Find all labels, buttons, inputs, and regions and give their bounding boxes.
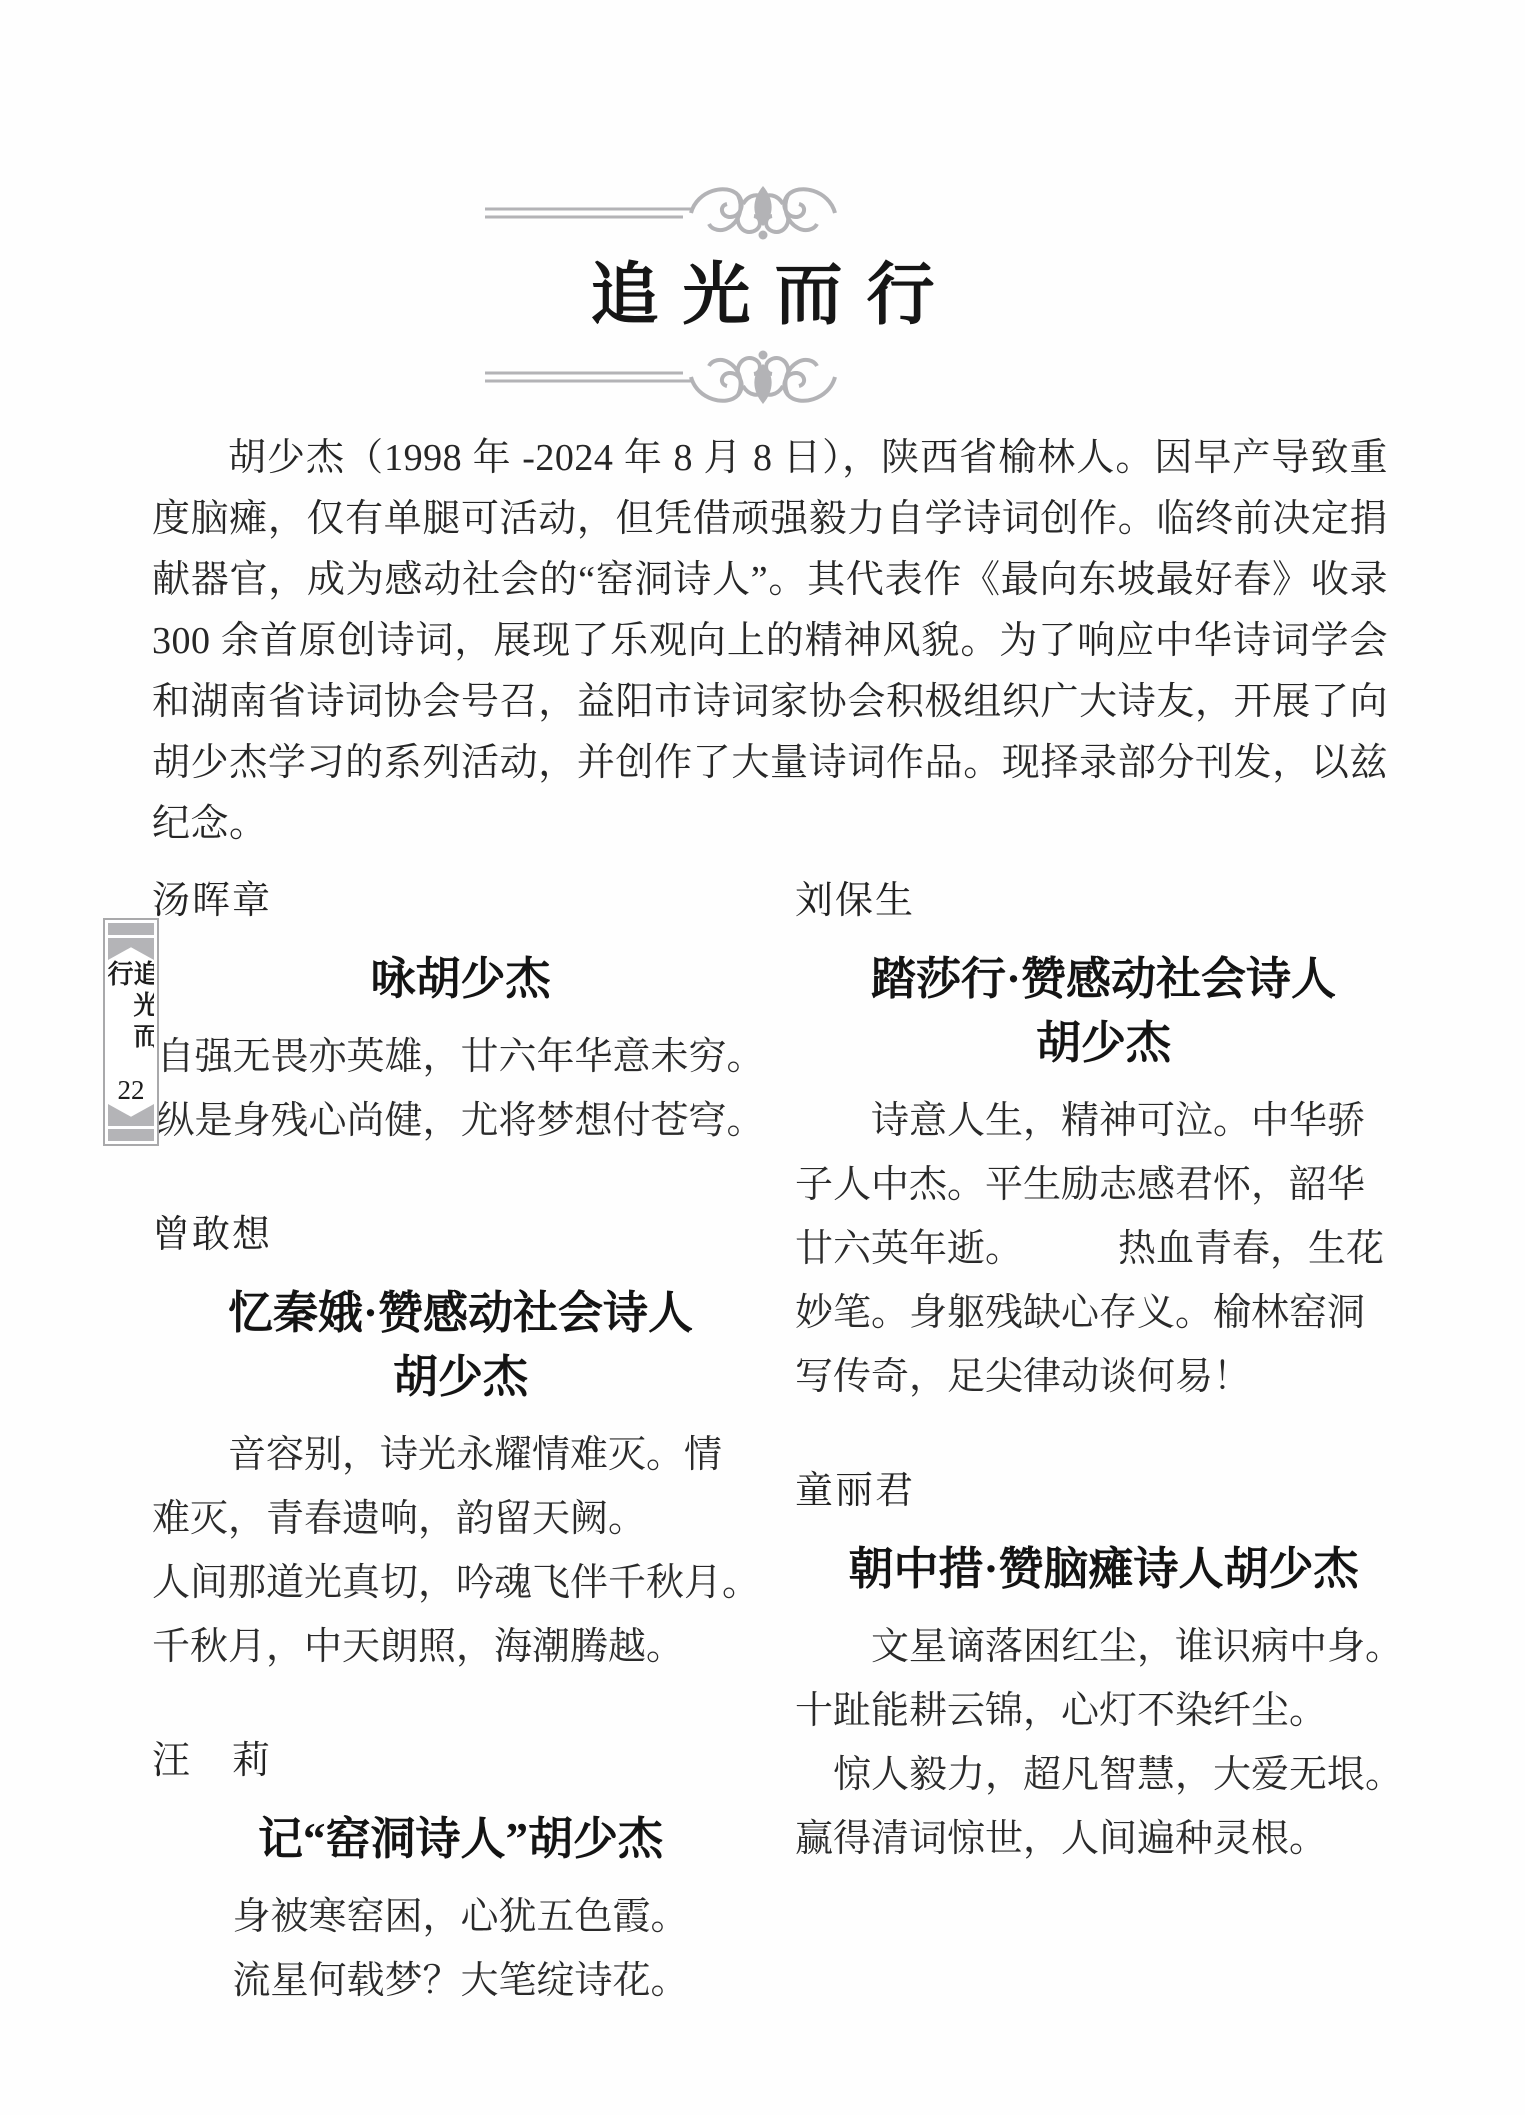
text-line: 人间那道光真切，吟魂飞伴千秋月。 (152, 1551, 769, 1615)
text-line: 流星何载梦？大笔绽诗花。 (152, 1949, 769, 2013)
text-line: 诗意人生，精神可泣。中华骄 (795, 1089, 1412, 1153)
poem-title: 记“窑洞诗人”胡少杰 (152, 1807, 769, 1871)
poem-author: 曾敢想 (152, 1211, 769, 1259)
text-line: 纵是身残心尚健，尤将梦想付苍穹。 (152, 1089, 769, 1153)
right-column: 刘保生 踏莎行·赞感动社会诗人胡少杰 诗意人生，精神可泣。中华骄子人中杰。平生励… (795, 877, 1412, 2071)
text-line: 赢得清词惊世，人间遍种灵根。 (795, 1807, 1412, 1871)
poem-author: 汪 莉 (152, 1737, 769, 1785)
ornament-bud (754, 186, 771, 226)
text-line: 音容别，诗光永耀情难灭。情 (152, 1423, 769, 1487)
text-line: 踏莎行·赞感动社会诗人 (795, 947, 1412, 1011)
poems-columns: 汤晖章 咏胡少杰 自强无畏亦英雄，廿六年华意未穷。纵是身残心尚健，尤将梦想付苍穹… (152, 877, 1412, 2071)
text-line: 咏胡少杰 (152, 947, 769, 1011)
tab-vertical-title: 追光而行 (108, 960, 154, 1072)
text-line: 子人中杰。平生励志感君怀，韶华 (795, 1153, 1412, 1217)
page-title: 追光而行 (0, 252, 1525, 338)
text-line: 记“窑洞诗人”胡少杰 (152, 1807, 769, 1871)
poem-title: 咏胡少杰 (152, 947, 769, 1011)
margin-tab: 追光而行 22 (103, 918, 159, 1146)
text-line: 写传奇，足尖律动谈何易！ (795, 1345, 1412, 1409)
left-column: 汤晖章 咏胡少杰 自强无畏亦英雄，廿六年华意未穷。纵是身残心尚健，尤将梦想付苍穹… (152, 877, 769, 2071)
poem-block-yiqine: 曾敢想 忆秦娥·赞感动社会诗人胡少杰 音容别，诗光永耀情难灭。情难灭，青春遗响，… (152, 1211, 769, 1679)
book-page: 追光而行 胡少杰（1998 年 -2024 年 8 月 8 日），陕西省榆林人。… (0, 0, 1525, 2115)
poem-title: 忆秦娥·赞感动社会诗人胡少杰 (152, 1281, 769, 1409)
poem-block-yong-hushaojie: 汤晖章 咏胡少杰 自强无畏亦英雄，廿六年华意未穷。纵是身残心尚健，尤将梦想付苍穹… (152, 877, 769, 1153)
flourish-ornament-bottom (481, 342, 1045, 412)
text-line: 朝中措·赞脑瘫诗人胡少杰 (795, 1537, 1412, 1601)
text-line: 自强无畏亦英雄，廿六年华意未穷。 (152, 1025, 769, 1089)
flourish-ornament-top (481, 178, 1045, 248)
intro-paragraph: 胡少杰（1998 年 -2024 年 8 月 8 日），陕西省榆林人。因早产导致… (152, 428, 1388, 855)
poem-author: 汤晖章 (152, 877, 769, 925)
text-line: 身被寒窑困，心犹五色霞。 (152, 1885, 769, 1949)
poem-block-chaozhongcuo: 童丽君 朝中措·赞脑瘫诗人胡少杰 文星谪落困红尘，谁识病中身。十趾能耕云锦，心灯… (795, 1467, 1412, 1871)
text-line: 千秋月，中天朗照，海潮腾越。 (152, 1615, 769, 1679)
text-line: 廿六英年逝。 热血青春，生花 (795, 1217, 1412, 1281)
tab-ribbon-bottom (108, 1104, 154, 1126)
poem-block-tashaxing: 刘保生 踏莎行·赞感动社会诗人胡少杰 诗意人生，精神可泣。中华骄子人中杰。平生励… (795, 877, 1412, 1409)
tab-bar-top (108, 923, 154, 935)
tab-middle: 追光而行 22 (108, 960, 154, 1104)
tab-page-number: 22 (118, 1077, 145, 1104)
text-line: 难灭，青春遗响，韵留天阙。 (152, 1487, 769, 1551)
ornament-dot (758, 231, 767, 240)
text-line: 忆秦娥·赞感动社会诗人 (152, 1281, 769, 1345)
poem-author: 童丽君 (795, 1467, 1412, 1515)
text-line: 胡少杰 (152, 1345, 769, 1409)
tab-ribbon-top (108, 938, 154, 960)
poem-author: 刘保生 (795, 877, 1412, 925)
tab-bar-bottom (108, 1129, 154, 1141)
text-line: 胡少杰 (795, 1011, 1412, 1075)
text-line: 妙笔。身躯残缺心存义。榆林窑洞 (795, 1281, 1412, 1345)
text-line: 惊人毅力，超凡智慧，大爱无垠。 (795, 1743, 1412, 1807)
poem-block-ji-yaodong-shiren: 汪 莉 记“窑洞诗人”胡少杰 身被寒窑困，心犹五色霞。流星何载梦？大笔绽诗花。 (152, 1737, 769, 2013)
poem-body: 身被寒窑困，心犹五色霞。流星何载梦？大笔绽诗花。 (152, 1885, 769, 2013)
poem-title: 朝中措·赞脑瘫诗人胡少杰 (795, 1537, 1412, 1601)
poem-body: 诗意人生，精神可泣。中华骄子人中杰。平生励志感君怀，韶华廿六英年逝。 热血青春，… (795, 1089, 1412, 1409)
poem-body: 文星谪落困红尘，谁识病中身。十趾能耕云锦，心灯不染纤尘。 惊人毅力，超凡智慧，大… (795, 1615, 1412, 1871)
text-line: 十趾能耕云锦，心灯不染纤尘。 (795, 1679, 1412, 1743)
text-line: 文星谪落困红尘，谁识病中身。 (795, 1615, 1412, 1679)
poem-title: 踏莎行·赞感动社会诗人胡少杰 (795, 947, 1412, 1075)
poem-body: 音容别，诗光永耀情难灭。情难灭，青春遗响，韵留天阙。人间那道光真切，吟魂飞伴千秋… (152, 1423, 769, 1679)
poem-body: 自强无畏亦英雄，廿六年华意未穷。纵是身残心尚健，尤将梦想付苍穹。 (152, 1025, 769, 1153)
